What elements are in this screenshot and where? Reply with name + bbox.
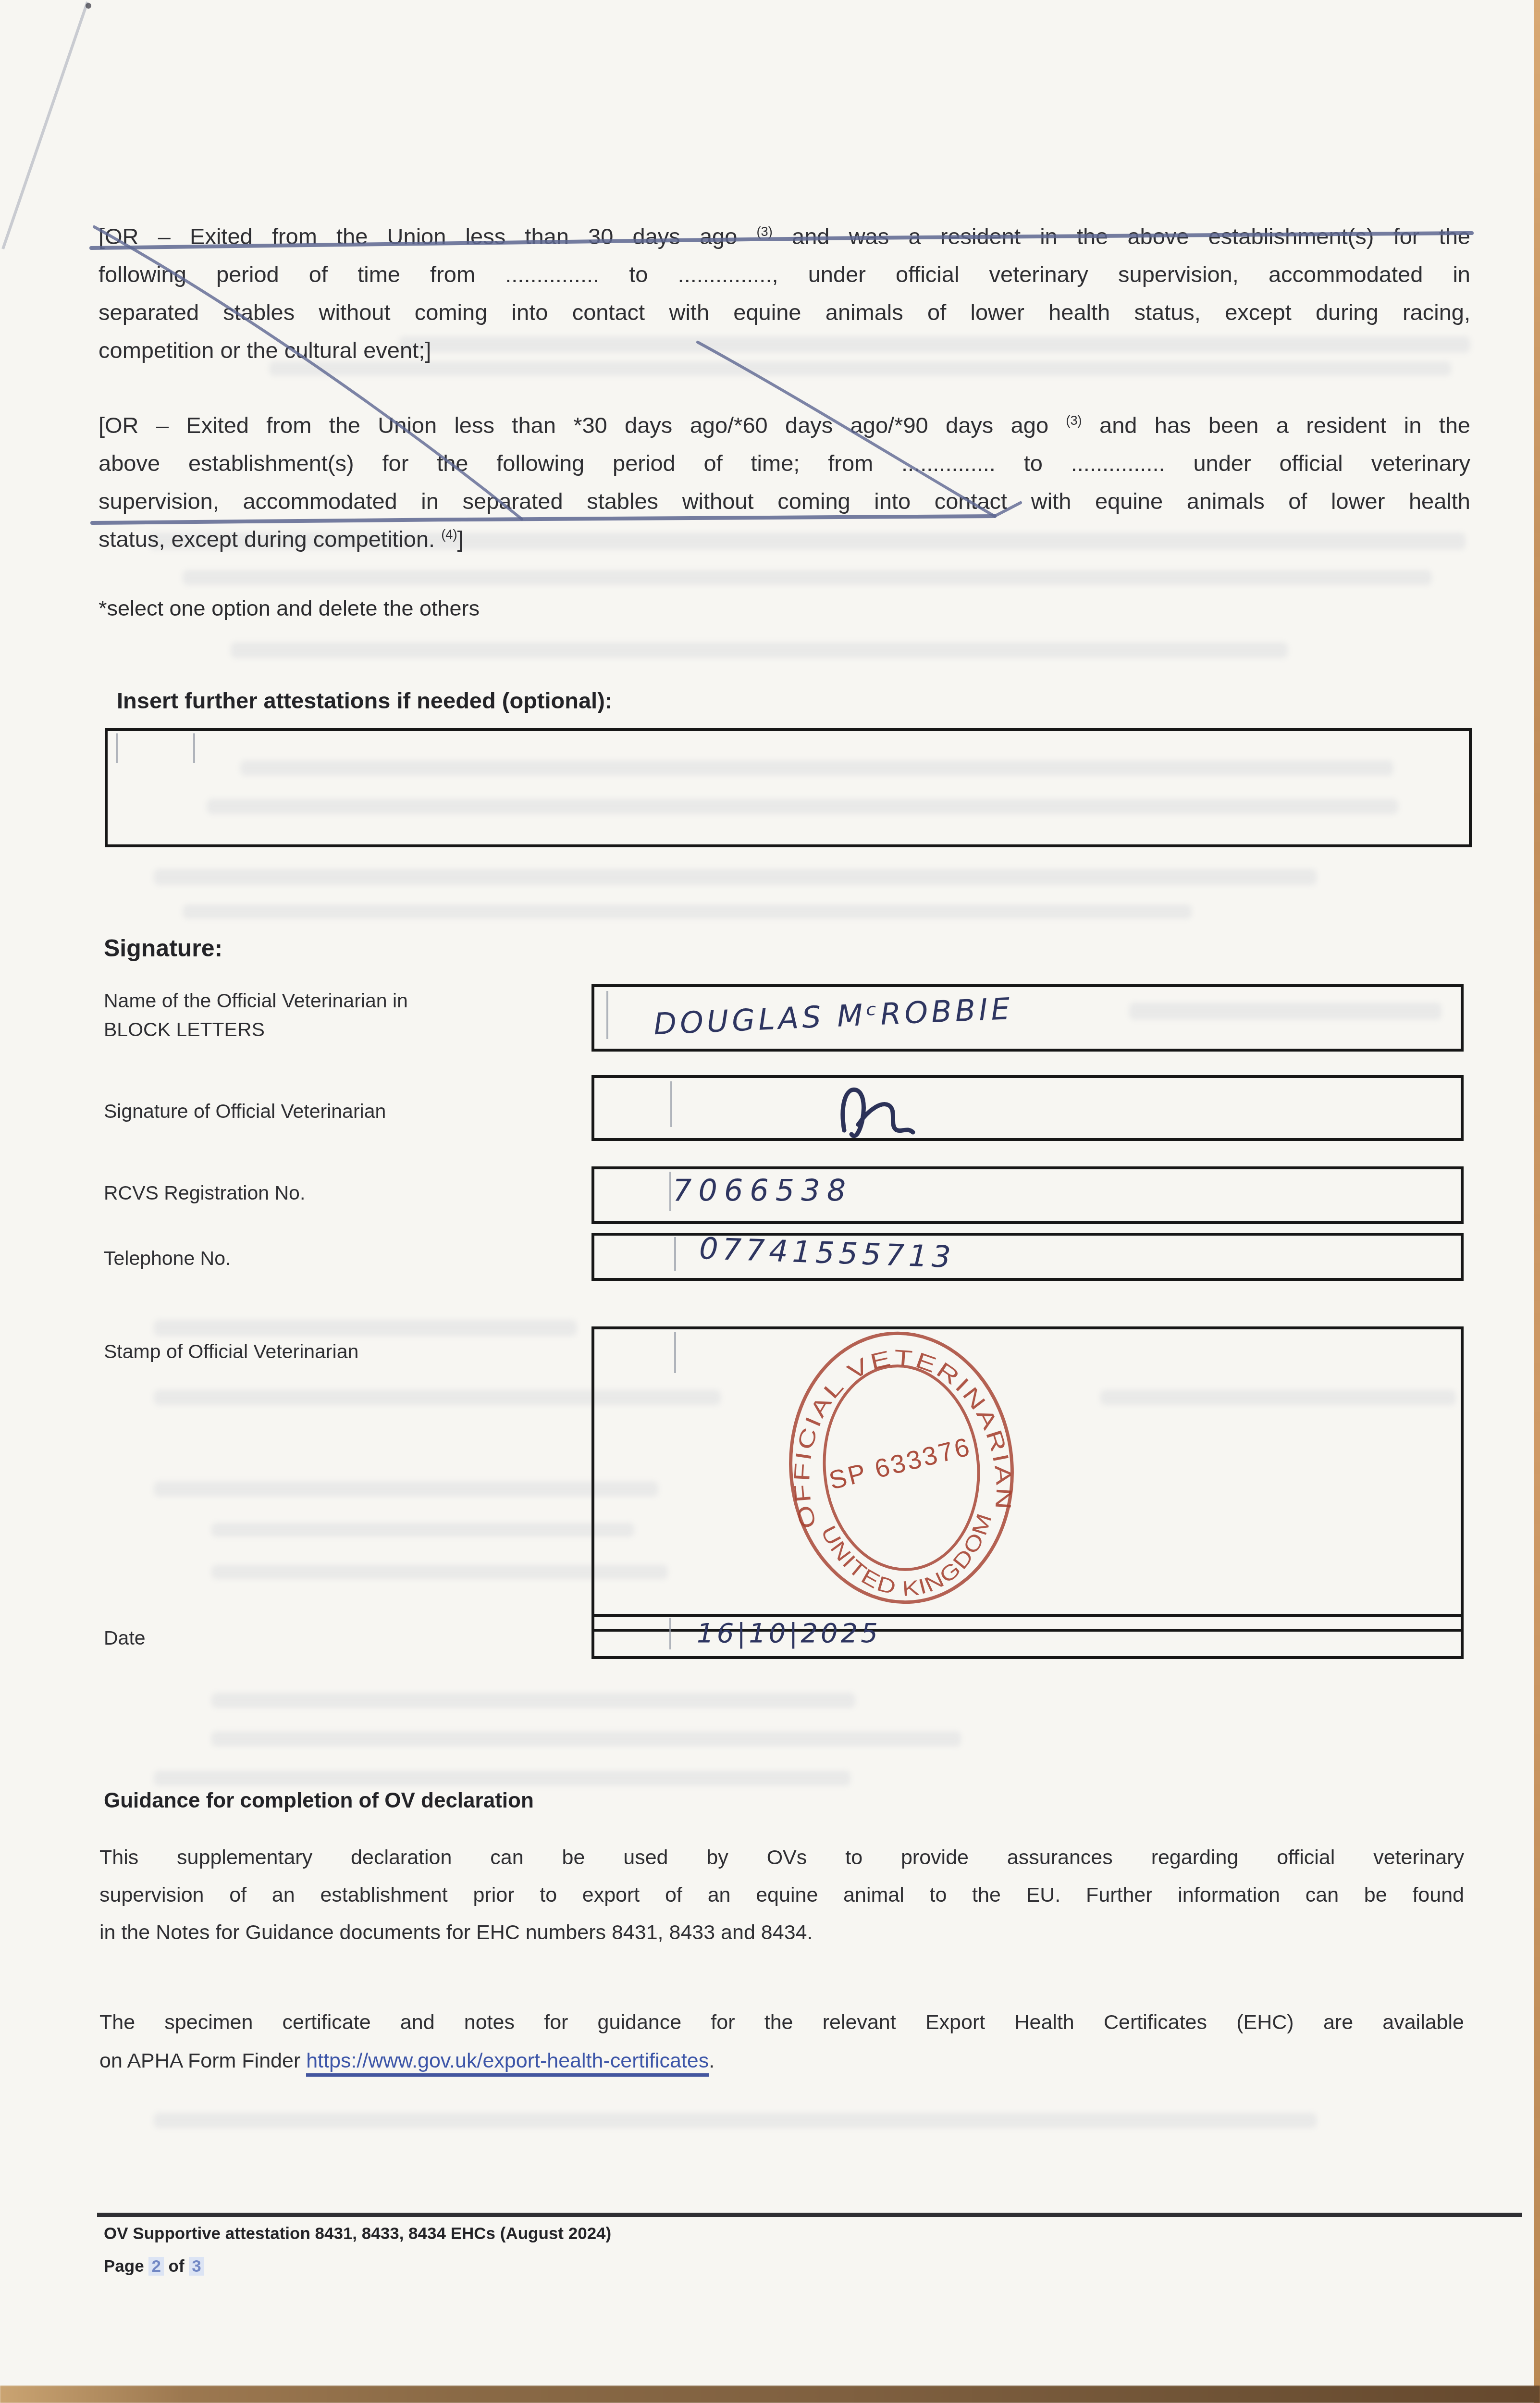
bleed-through-artifact xyxy=(231,642,1288,658)
rcvs-handwritten-value: 7066538 xyxy=(673,1173,852,1208)
stamp-center-number: SP 633376 xyxy=(826,1432,974,1495)
footer-divider xyxy=(97,2213,1522,2217)
guidance-heading: Guidance for completion of OV declaratio… xyxy=(104,1789,534,1813)
hyperlink[interactable]: https://www.gov.uk/export-health-certifi… xyxy=(306,2049,709,2077)
page-number-field: 3 xyxy=(189,2257,204,2276)
bleed-through-artifact xyxy=(154,869,1317,885)
date-handwritten-value: 16|10|2025 xyxy=(697,1618,881,1649)
bleed-through-artifact xyxy=(211,1731,961,1747)
bleed-through-artifact xyxy=(154,1771,850,1786)
bleed-through-artifact xyxy=(183,570,1432,585)
telephone-label: Telephone No. xyxy=(104,1244,231,1273)
date-label: Date xyxy=(104,1623,146,1652)
cell-divider-mark xyxy=(674,1332,676,1373)
cell-divider-mark xyxy=(669,1618,671,1649)
bleed-through-artifact xyxy=(211,1523,634,1537)
cell-divider-mark xyxy=(193,733,195,763)
page-fold-crease xyxy=(3,2,87,249)
bleed-through-artifact xyxy=(154,1481,658,1497)
text-line: supervision, accommodated in separated s… xyxy=(99,482,1470,520)
bleed-through-artifact xyxy=(183,904,1192,919)
page-number-field: 2 xyxy=(148,2257,163,2276)
scanned-document-page: [OR – Exited from the Union less than 30… xyxy=(0,0,1540,2403)
cell-divider-mark xyxy=(674,1237,676,1271)
cell-divider-mark xyxy=(606,991,608,1039)
attestation-heading: Insert further attestations if needed (o… xyxy=(117,687,612,714)
text-line: separated stables without coming into co… xyxy=(99,293,1470,331)
stamp-label: Stamp of Official Veterinarian xyxy=(104,1337,358,1366)
bleed-through-artifact xyxy=(154,2113,1317,2128)
text-line: supervision of an establishment prior to… xyxy=(99,1876,1464,1914)
text-line: competition or the cultural event;] xyxy=(99,331,1470,369)
text-line: [OR – Exited from the Union less than 30… xyxy=(99,217,1470,255)
text-line: above establishment(s) for the following… xyxy=(99,444,1470,482)
rcvs-number-label: RCVS Registration No. xyxy=(104,1178,305,1207)
option1-paragraph: [OR – Exited from the Union less than 30… xyxy=(99,217,1470,369)
text-line: The specimen certificate and notes for g… xyxy=(99,2003,1464,2042)
stamp-graphic: OFFICIAL VETERINARIAN UNITED KINGDOM SP … xyxy=(769,1315,1034,1620)
svg-text:OFFICIAL VETERINARIAN: OFFICIAL VETERINARIAN xyxy=(777,1335,1019,1532)
signature-input-box xyxy=(591,1075,1464,1141)
signature-section-heading: Signature: xyxy=(104,934,222,962)
text-line: This supplementary declaration can be us… xyxy=(99,1839,1464,1876)
signature-label: Signature of Official Veterinarian xyxy=(104,1097,386,1126)
text-line: on APHA Form Finder https://www.gov.uk/e… xyxy=(99,2042,1464,2080)
cell-divider-mark xyxy=(670,1081,672,1127)
official-veterinarian-stamp: OFFICIAL VETERINARIAN UNITED KINGDOM SP … xyxy=(769,1315,1034,1620)
bleed-through-artifact xyxy=(154,1320,577,1336)
guidance-paragraph-1: This supplementary declaration can be us… xyxy=(99,1839,1464,1951)
text-line: in the Notes for Guidance documents for … xyxy=(99,1914,1464,1951)
guidance-paragraph-2: The specimen certificate and notes for g… xyxy=(99,2003,1464,2080)
bleed-through-artifact xyxy=(211,1693,855,1708)
option2-paragraph: [OR – Exited from the Union less than *3… xyxy=(99,406,1470,558)
scan-edge-bottom xyxy=(0,2386,1540,2403)
text-line: [OR – Exited from the Union less than *3… xyxy=(99,406,1470,444)
pen-dot-mark xyxy=(86,3,91,9)
name-label: Name of the Official Veterinarian in BLO… xyxy=(104,986,469,1044)
cell-divider-mark xyxy=(116,733,118,763)
footer-page-number: Page 2 of 3 xyxy=(104,2257,204,2276)
svg-text:UNITED KINGDOM: UNITED KINGDOM xyxy=(815,1508,1003,1608)
cell-divider-mark xyxy=(669,1172,671,1211)
stamp-top-arc-text: OFFICIAL VETERINARIAN xyxy=(777,1335,1019,1532)
footer-document-title: OV Supportive attestation 8431, 8433, 84… xyxy=(104,2224,611,2243)
attestation-input-box xyxy=(105,728,1472,847)
text-line: status, except during competition. (4)] xyxy=(99,520,1470,558)
scan-edge-right xyxy=(1534,0,1540,2403)
stamp-bottom-arc-text: UNITED KINGDOM xyxy=(815,1508,1003,1608)
select-option-note: *select one option and delete the others xyxy=(99,596,480,621)
text-line: following period of time from ..........… xyxy=(99,255,1470,293)
